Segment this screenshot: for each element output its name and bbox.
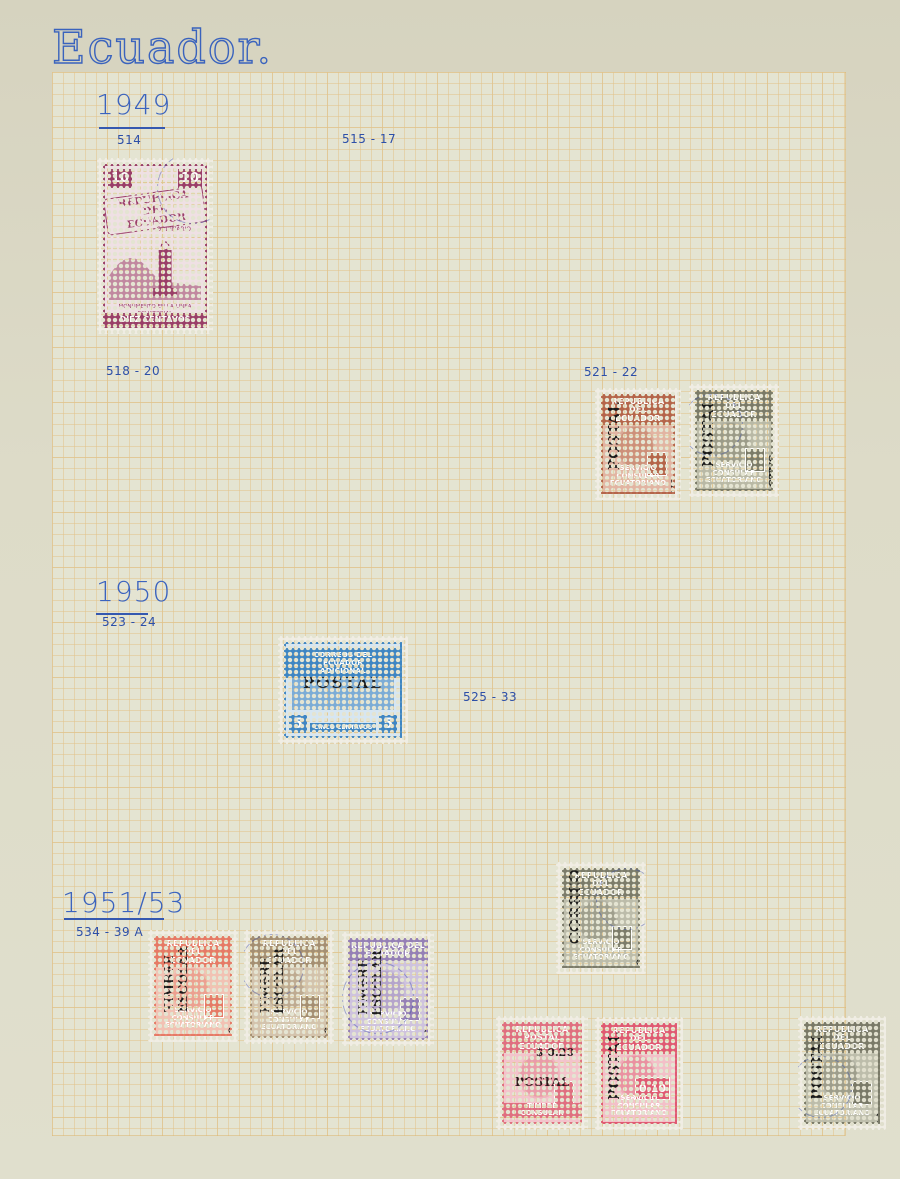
year-heading-1950: 1950 <box>96 575 171 608</box>
stamp-523: CORREOS DELECUADORADICIONALPOSTAL55CINCO… <box>278 636 408 744</box>
stamp-header-line: ECUADOR <box>350 950 426 958</box>
cancellation-postmark <box>240 934 304 998</box>
year-heading-1951-53: 1951/53 <box>62 886 185 919</box>
stamp-corner-value: 5 <box>289 715 307 733</box>
catalog-range-521-22: 521 - 22 <box>584 365 638 379</box>
stamp-536: REPUBLICA DELECUADORSERVICIOCONSULARECUA… <box>342 932 434 1046</box>
stamp-514: REPUBLICA DELECUADOR1010ORDINARIOMONUMEN… <box>97 158 213 334</box>
stamp-footer-line: ECUATORIANO <box>252 1024 326 1032</box>
stamp-surcharge: 20 ctvs. 20 <box>226 1026 232 1036</box>
stamp-overprint: POSTAL <box>605 402 623 470</box>
stamp-footer-line: CONSULAR <box>504 1110 580 1118</box>
catalog-range-525-33: 525 - 33 <box>463 690 517 704</box>
stamp-overprint: POSTAL <box>286 674 400 692</box>
stamp-value-text: CINCO CENTAVOS <box>310 723 376 732</box>
stamp-header-line: ECUADOR <box>286 659 400 667</box>
stamp-surcharge: 30 ctvs. 30 <box>874 1112 880 1124</box>
stamp-subtitle: ORDINARIO <box>156 226 191 233</box>
stamp-522: REPUBLICA DELECUADORSERVICIOCONSULARECUA… <box>689 384 779 497</box>
catalog-range-523-24: 523 - 24 <box>102 615 156 629</box>
stamp-footer-line: ECUATORIANO <box>564 954 638 962</box>
stamp-corner-value: 10 <box>108 169 132 188</box>
year-underline <box>64 918 164 920</box>
stamp-value-text: DIEZ CENTAVOS <box>105 313 205 326</box>
stamp-overprint: ESCOLAR <box>176 946 190 1012</box>
stamp-surcharge: $ 0.20 <box>536 1046 574 1059</box>
monument-illustration <box>109 236 201 300</box>
cancellation-postmark <box>681 394 743 456</box>
catalog-range-514: 514 <box>117 133 141 147</box>
stamp-surcharge: CTVS. <box>767 451 773 488</box>
catalog-range-534-39a: 534 - 39 A <box>76 925 143 939</box>
stamp-521: REPUBLICA DELECUADORSERVICIOCONSULARECUA… <box>595 388 681 500</box>
stamp-538: REPUBLICAPOSTALECUADORTIMBRECONSULARPOST… <box>496 1016 588 1130</box>
stamp-535: REPUBLICA DELECUADORSERVICIOCONSULARECUA… <box>244 930 334 1044</box>
stamp-534: REPUBLICA DELECUADORSERVICIOCONSULARECUA… <box>148 930 238 1042</box>
stamp-539a: REPUBLICA DELECUADORSERVICIOCONSULARECUA… <box>798 1016 886 1130</box>
country-title: Ecuador. <box>52 20 273 74</box>
stamp-footer-line: ECUATORIANO <box>603 480 673 488</box>
stamp-footer-line: ECUATORIANO <box>603 1110 675 1118</box>
stamp-537: REPUBLICA DELECUADORSERVICIOCONSULARECUA… <box>556 862 646 974</box>
stamp-overprint: CORREOS <box>566 868 584 944</box>
cancellation-postmark <box>342 962 414 1034</box>
stamp-overprint: POSTAL <box>605 1032 623 1100</box>
stamp-corner-value: 5 <box>379 715 397 733</box>
catalog-range-518-20: 518 - 20 <box>106 364 160 378</box>
stamp-overprint: TIMBRE <box>162 955 176 1012</box>
stamp-539: REPUBLICA DELECUADOR0.10SERVICIOCONSULAR… <box>595 1017 683 1130</box>
cancellation-postmark <box>790 1056 852 1118</box>
catalog-range-515-17: 515 - 17 <box>342 132 396 146</box>
stamp-monument-scene <box>109 236 201 300</box>
stamp-footer: TIMBRECONSULAR <box>504 1103 580 1118</box>
year-heading-1949: 1949 <box>96 88 171 121</box>
year-underline <box>99 127 165 129</box>
stamp-footer-line: ECUATORIANO <box>697 477 771 485</box>
stamp-surcharge: 30 ctvs. 30 <box>634 958 640 968</box>
stamp-surcharge: 20 CTVS. <box>669 474 675 494</box>
stamp-header: REPUBLICA DELECUADOR <box>350 940 426 961</box>
stamp-surcharge: 20 ctvs. 20 <box>322 1026 328 1038</box>
stamp-header-line: CORREOS DEL <box>286 651 400 659</box>
stamp-surcharge: 20 ctvs. 20 <box>422 1028 428 1040</box>
stamp-overprint: POSTAL <box>504 1075 580 1089</box>
stamp-footer-line: ECUATORIANO <box>156 1022 230 1030</box>
album-page: Ecuador. 1949 514 515 - 17 518 - 20 521 … <box>0 0 900 1179</box>
stamp-caption-line: MONUMENTO EN LA LINEA <box>105 304 205 311</box>
